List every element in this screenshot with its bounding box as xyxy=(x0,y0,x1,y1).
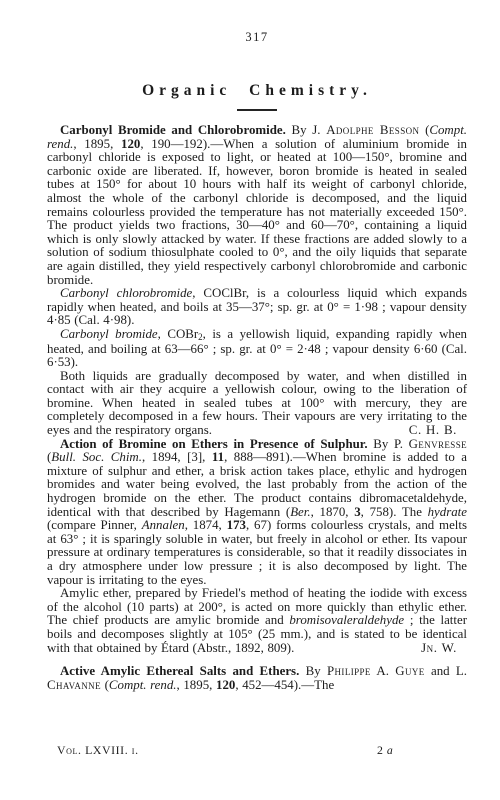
text-run: Annalen xyxy=(142,518,185,532)
text-run: By xyxy=(299,664,327,678)
text-run: Genvresse xyxy=(409,437,467,451)
journal-page: 317 Organic Chemistry. Carbonyl Bromide … xyxy=(0,0,500,800)
abstract-article: Action of Bromine on Ethers in Presence … xyxy=(47,438,467,656)
article-heading-text: Active Amylic Ethereal Salts and Ethers. xyxy=(60,664,299,678)
text-run: , 1870, xyxy=(311,505,355,519)
text-run: (compare Pinner, xyxy=(47,518,142,532)
paragraph: Active Amylic Ethereal Salts and Ethers.… xyxy=(47,665,467,692)
section-title: Organic Chemistry. xyxy=(47,82,467,100)
text-run: By P. xyxy=(368,437,409,451)
text-run: Adolphe Besson xyxy=(326,123,419,137)
volume-label: Vol. LXVIII. i. xyxy=(57,743,139,758)
text-run: A. xyxy=(371,664,395,678)
article-heading-text: 120 xyxy=(121,137,140,151)
article-heading-text: 173 xyxy=(227,518,246,532)
text-run: ( xyxy=(419,123,429,137)
title-rule xyxy=(237,109,277,111)
abstractor-initials: Jn. W. xyxy=(408,642,457,656)
signature-mark-number: 2 xyxy=(377,743,383,757)
text-run: , 452—454).—The xyxy=(235,678,334,692)
text-run: Compt. rend. xyxy=(109,678,177,692)
paragraph: Carbonyl bromide, COBr2, is a yellowish … xyxy=(47,328,467,370)
text-run: , 1894, [3], xyxy=(142,450,212,464)
page-number: 317 xyxy=(47,30,467,45)
paragraph: Action of Bromine on Ethers in Presence … xyxy=(47,438,467,588)
text-run: , 190—192).—When a solution of aluminium… xyxy=(47,137,467,287)
text-run: Carbonyl bromide xyxy=(60,327,158,341)
text-run: Carbonyl chlorobromide xyxy=(60,286,192,300)
text-run: , 1874, xyxy=(185,518,227,532)
text-run: Guye xyxy=(395,664,424,678)
text-run: 2 xyxy=(198,332,203,342)
article-heading-text: 11 xyxy=(212,450,224,464)
text-run: ( xyxy=(101,678,109,692)
paragraph: Carbonyl Bromide and Chlorobromide. By J… xyxy=(47,124,467,287)
text-run: By J. xyxy=(286,123,326,137)
page-footer: Vol. LXVIII. i. 2a xyxy=(47,743,467,758)
text-run: Ber. xyxy=(290,505,310,519)
signature-mark-letter: a xyxy=(387,743,393,757)
articles: Carbonyl Bromide and Chlorobromide. By J… xyxy=(47,124,467,692)
text-run: Chavanne xyxy=(47,678,101,692)
text-run: , 758). The xyxy=(361,505,428,519)
text-run: , COBr xyxy=(158,327,198,341)
paragraph: Amylic ether, prepared by Friedel's meth… xyxy=(47,587,467,655)
abstract-article: Carbonyl Bromide and Chlorobromide. By J… xyxy=(47,124,467,438)
text-run: hydrate xyxy=(428,505,467,519)
text-run: , 1895, xyxy=(73,137,121,151)
text-run: Philippe xyxy=(327,664,371,678)
text-run: Bull. Soc. Chim. xyxy=(51,450,142,464)
text-run: , 1895, xyxy=(177,678,216,692)
paragraph: Both liquids are gradually decomposed by… xyxy=(47,370,467,438)
article-heading-text: Carbonyl Bromide and Chlorobromide. xyxy=(60,123,286,137)
article-heading-text: Action of Bromine on Ethers in Presence … xyxy=(60,437,368,451)
signature-mark: 2a xyxy=(377,743,393,758)
article-heading-text: 120 xyxy=(216,678,235,692)
paragraph: Carbonyl chlorobromide, COClBr, is a col… xyxy=(47,287,467,328)
text-run: bromisovaleraldehyde xyxy=(289,613,404,627)
abstract-article: Active Amylic Ethereal Salts and Ethers.… xyxy=(47,665,467,692)
abstractor-initials: C. H. B. xyxy=(396,424,457,438)
text-run: and L. xyxy=(425,664,467,678)
